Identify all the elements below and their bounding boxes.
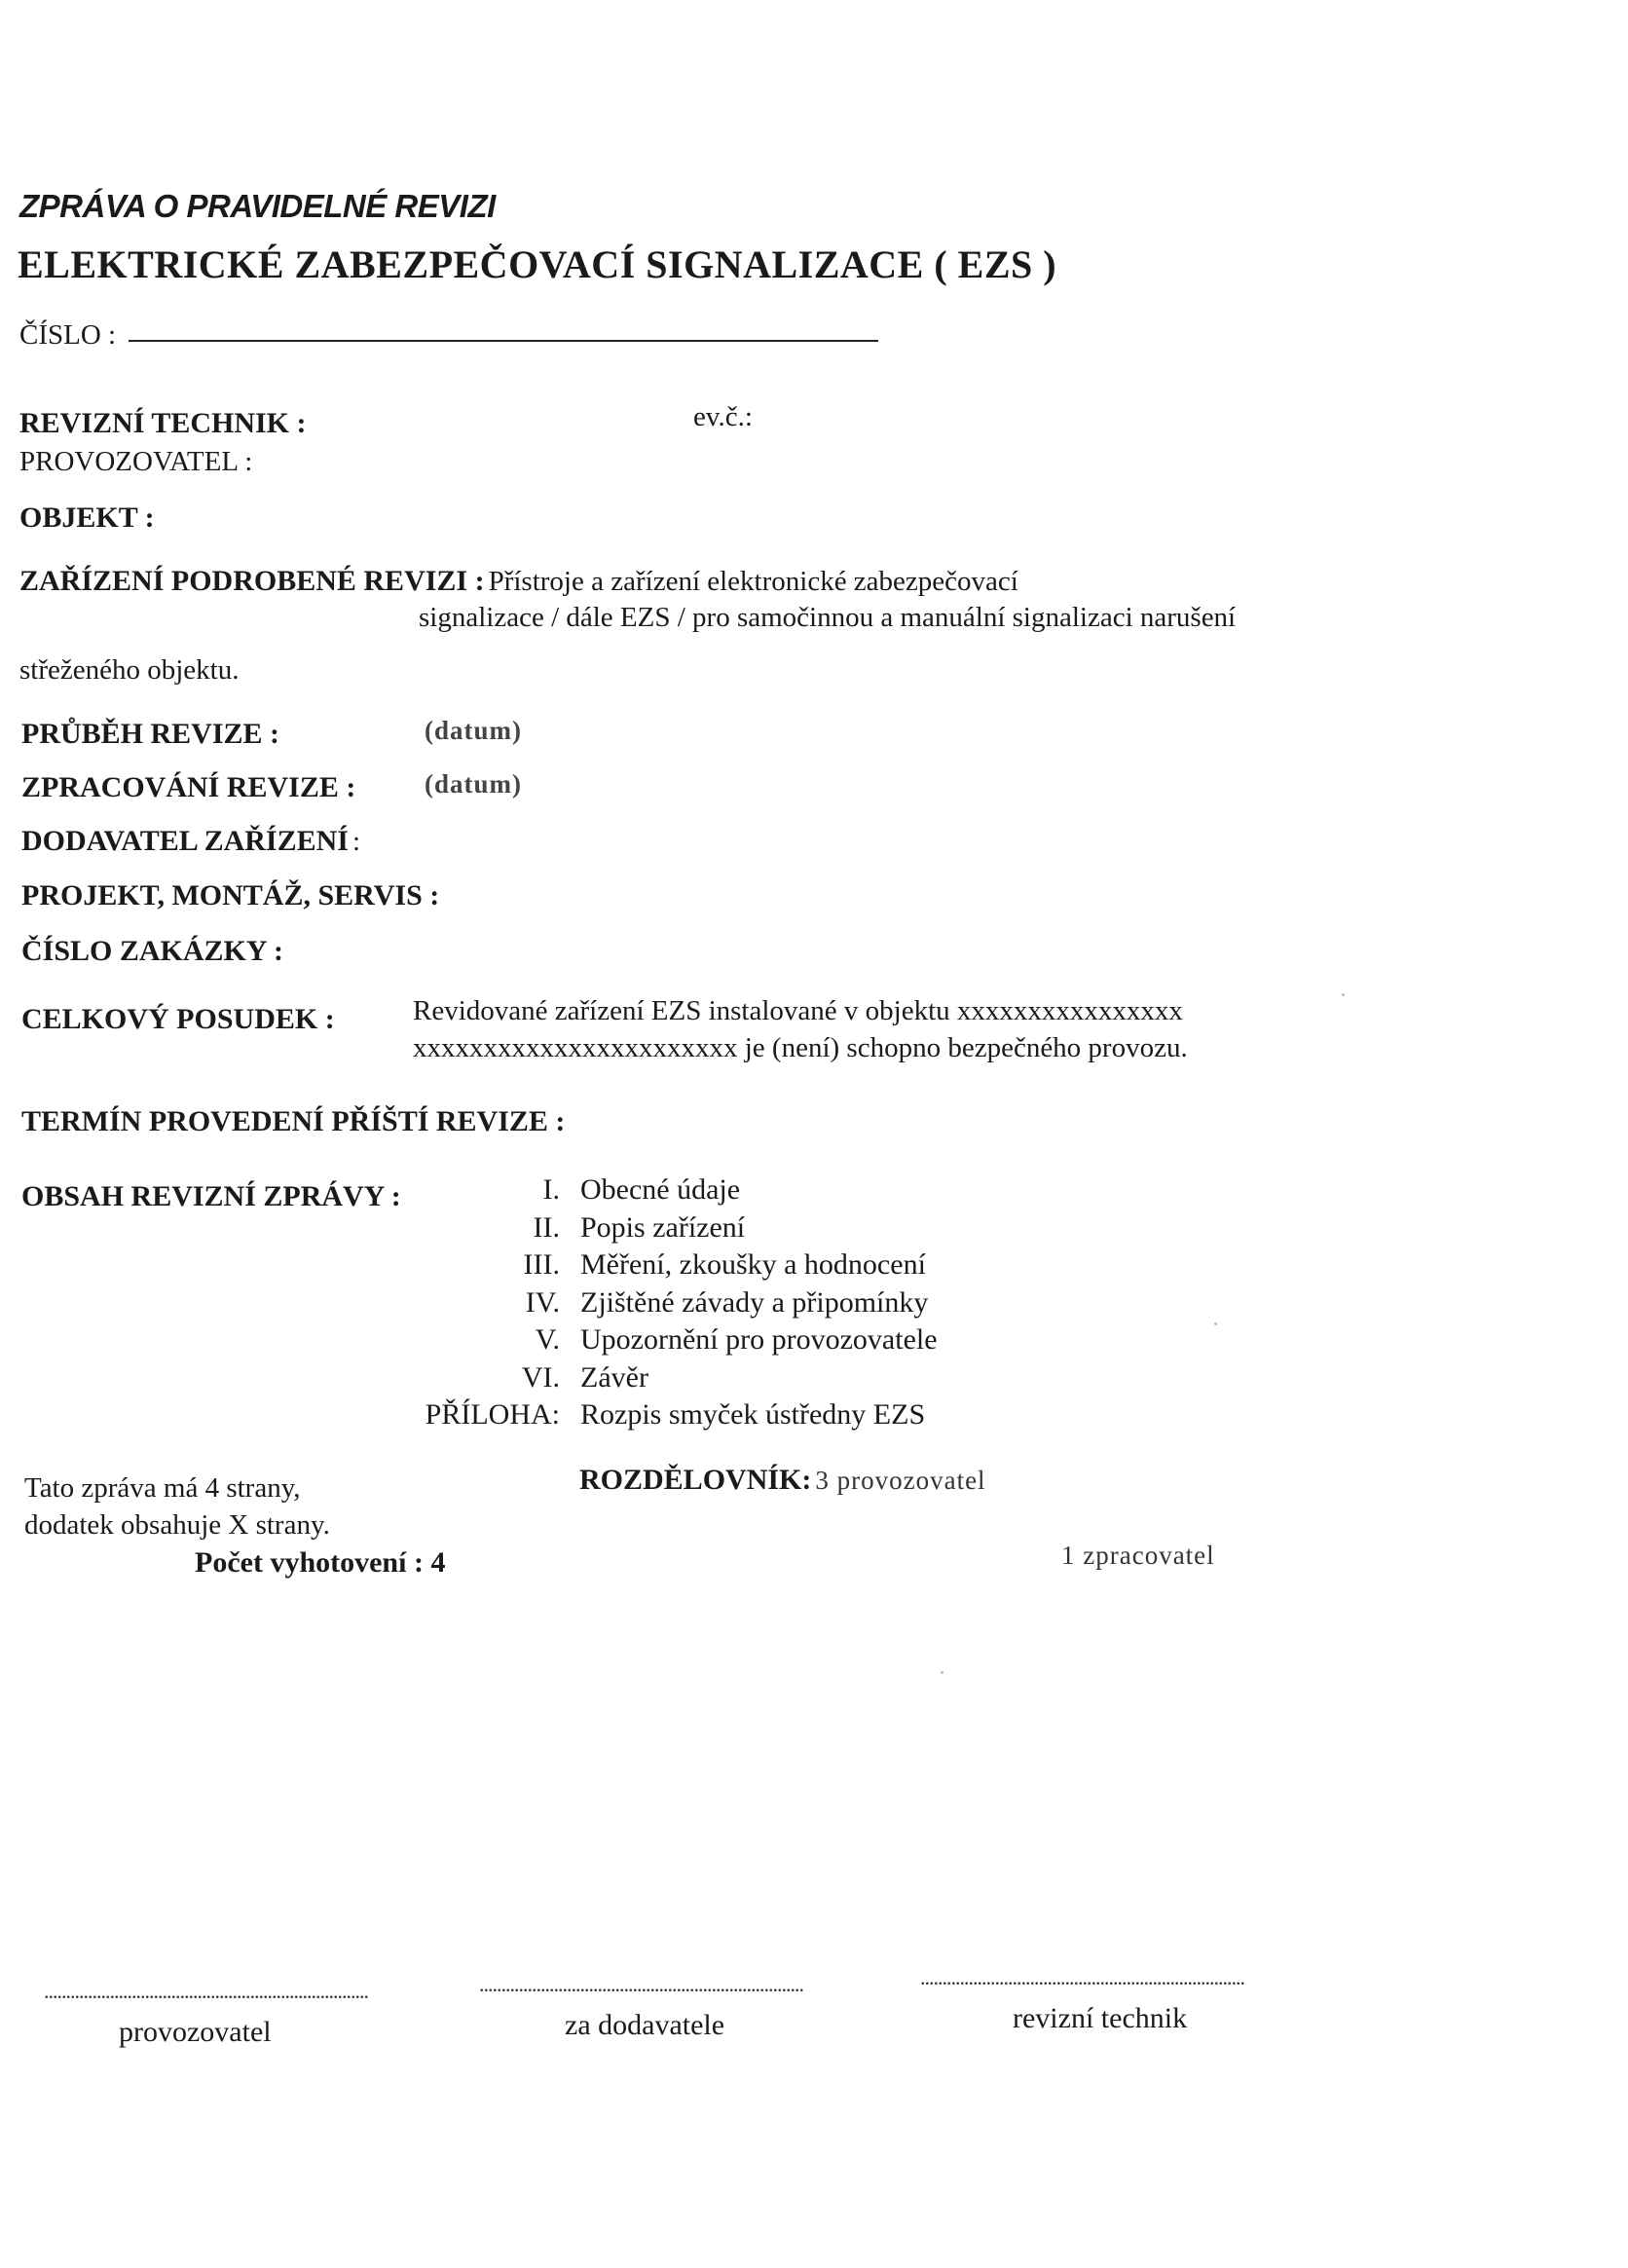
distribution-item-1: 3 provozovatel bbox=[815, 1466, 985, 1495]
distribution-item-2: 1 zpracovatel bbox=[1061, 1541, 1215, 1571]
supplier-label: DODAVATEL ZAŘÍZENÍ bbox=[21, 825, 349, 857]
order-number-label: ČÍSLO ZAKÁZKY : bbox=[21, 935, 283, 968]
contents-item-number: V. bbox=[365, 1323, 560, 1357]
contents-item-number: IV. bbox=[365, 1286, 560, 1320]
contents-item-text: Upozornění pro provozovatele bbox=[580, 1323, 938, 1357]
scan-speck bbox=[1342, 993, 1345, 996]
contents-item-number: I. bbox=[365, 1173, 560, 1207]
contents-item-text: Zjištěné závady a připomínky bbox=[580, 1286, 928, 1320]
object-label: OBJEKT : bbox=[19, 502, 155, 535]
distribution-row: ROZDĚLOVNÍK: 3 provozovatel bbox=[579, 1464, 986, 1497]
signature-label-supplier: za dodavatele bbox=[565, 2009, 724, 2042]
scan-speck bbox=[941, 1671, 943, 1674]
equipment-row: ZAŘÍZENÍ PODROBENÉ REVIZI : Přístroje a … bbox=[19, 565, 1018, 598]
contents-item-text: Obecné údaje bbox=[580, 1173, 740, 1207]
supplier-colon: : bbox=[352, 826, 360, 857]
copies-count: Počet vyhotovení : 4 bbox=[195, 1546, 445, 1580]
contents-item-number: VI. bbox=[365, 1361, 560, 1394]
project-label: PROJEKT, MONTÁŽ, SERVIS : bbox=[21, 879, 439, 912]
contents-label: OBSAH REVIZNÍ ZPRÁVY : bbox=[21, 1180, 401, 1213]
equipment-text-2: signalizace / dále EZS / pro samočinnou … bbox=[419, 602, 1236, 634]
signature-label-operator: provozovatel bbox=[119, 2016, 272, 2049]
equipment-text-3: střeženého objektu. bbox=[19, 654, 239, 687]
signature-line-technician[interactable]: ........................................… bbox=[920, 1965, 1261, 1990]
next-revision-label: TERMÍN PROVEDENÍ PŘÍŠTÍ REVIZE : bbox=[21, 1105, 565, 1138]
contents-item-text: Rozpis smyček ústředny EZS bbox=[580, 1398, 925, 1431]
report-title: ELEKTRICKÉ ZABEZPEČOVACÍ SIGNALIZACE ( E… bbox=[18, 242, 1056, 287]
contents-item-number: III. bbox=[365, 1248, 560, 1282]
scan-speck bbox=[1214, 1322, 1217, 1325]
pages-info-2: dodatek obsahuje X strany. bbox=[24, 1509, 330, 1542]
registration-label: ev.č.: bbox=[693, 401, 753, 433]
course-label: PRŮBĚH REVIZE : bbox=[21, 718, 279, 751]
operator-label: PROVOZOVATEL : bbox=[19, 446, 252, 478]
report-number-field[interactable] bbox=[129, 340, 878, 342]
contents-item-text: Měření, zkoušky a hodnocení bbox=[580, 1248, 926, 1282]
contents-item-number: II. bbox=[365, 1211, 560, 1245]
supplier-row: DODAVATEL ZAŘÍZENÍ : bbox=[21, 825, 360, 858]
signature-line-supplier[interactable]: ........................................… bbox=[479, 1972, 810, 1997]
signature-label-technician: revizní technik bbox=[1013, 2002, 1187, 2035]
technician-label: REVIZNÍ TECHNIK : bbox=[19, 407, 307, 440]
processing-label: ZPRACOVÁNÍ REVIZE : bbox=[21, 771, 355, 804]
contents-item-text: Popis zařízení bbox=[580, 1211, 745, 1245]
processing-date: (datum) bbox=[425, 769, 522, 799]
contents-item-text: Závěr bbox=[580, 1361, 648, 1394]
contents-item-number: PŘÍLOHA: bbox=[365, 1398, 560, 1431]
equipment-label: ZAŘÍZENÍ PODROBENÉ REVIZI : bbox=[19, 565, 485, 597]
report-subtitle: ZPRÁVA O PRAVIDELNÉ REVIZI bbox=[19, 188, 496, 225]
assessment-text-2: xxxxxxxxxxxxxxxxxxxxxxx je (není) schopn… bbox=[413, 1032, 1188, 1064]
equipment-text-1: Přístroje a zařízení elektronické zabezp… bbox=[489, 566, 1018, 597]
signature-line-operator[interactable]: ........................................… bbox=[44, 1979, 375, 2004]
assessment-text-1: Revidované zařízení EZS instalované v ob… bbox=[413, 995, 1183, 1027]
assessment-label: CELKOVÝ POSUDEK : bbox=[21, 1003, 335, 1036]
distribution-label: ROZDĚLOVNÍK: bbox=[579, 1464, 811, 1496]
report-number-label: ČÍSLO : bbox=[19, 319, 116, 352]
pages-info-1: Tato zpráva má 4 strany, bbox=[24, 1472, 301, 1505]
course-date: (datum) bbox=[425, 716, 522, 746]
